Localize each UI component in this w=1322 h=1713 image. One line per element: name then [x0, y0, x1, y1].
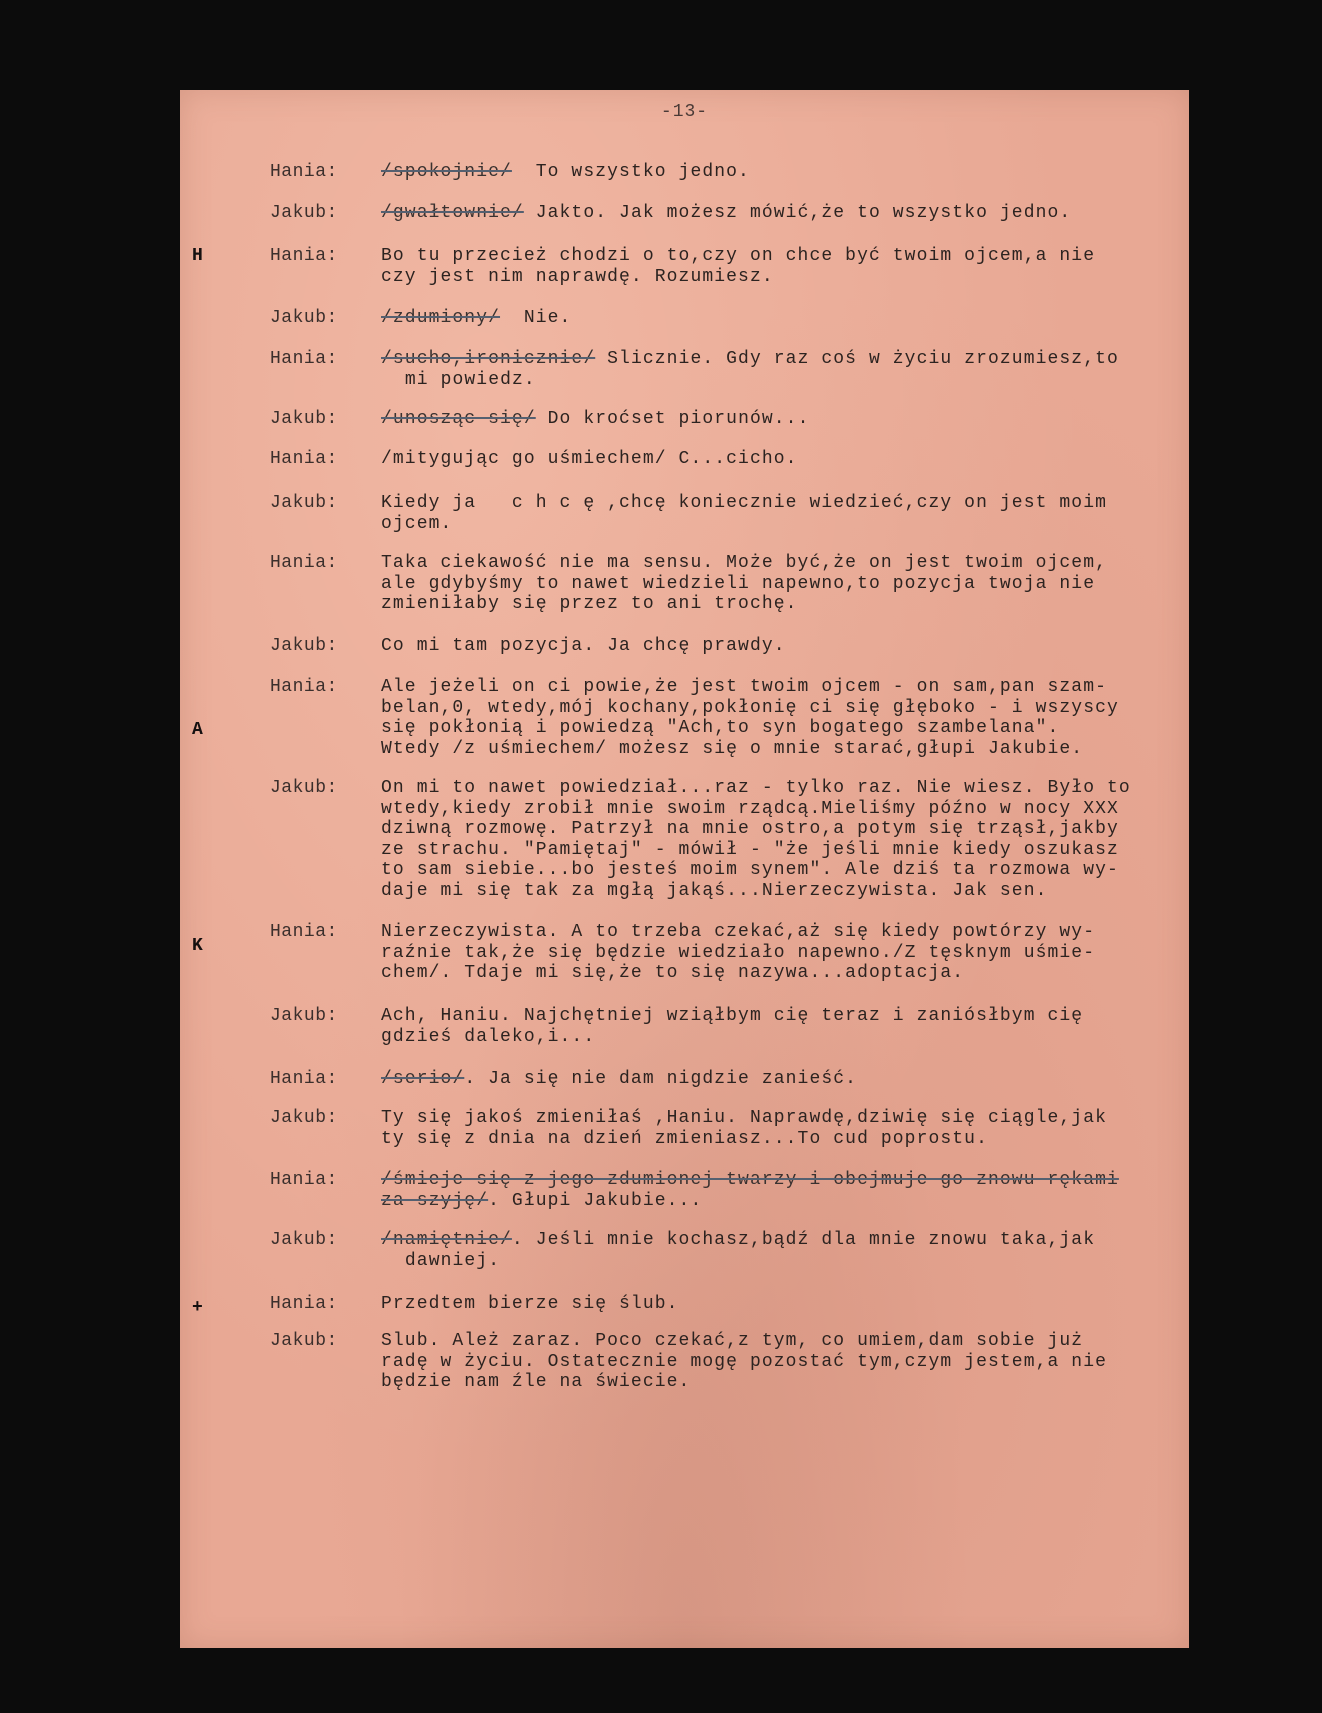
- margin-mark: K: [192, 936, 203, 956]
- dialogue-text: chem/. Tdaje mi się,że to się nazywa...a…: [381, 963, 964, 983]
- speaker-label: Jakub:: [270, 493, 338, 513]
- dialogue-line: za szyję/. Głupi Jakubie...: [381, 1191, 702, 1211]
- speaker-label: Jakub:: [270, 1331, 338, 1351]
- dialogue-text: Nierzeczywista. A to trzeba czekać,aż si…: [381, 922, 1095, 942]
- dialogue-line: /zdumiony/ Nie.: [381, 308, 571, 328]
- dialogue-text: będzie nam źle na świecie.: [381, 1372, 690, 1392]
- dialogue-text: To wszystko jedno.: [512, 162, 750, 182]
- margin-mark: H: [192, 246, 203, 266]
- speaker-label: Hania:: [270, 1170, 338, 1190]
- dialogue-line: raźnie tak,że się będzie wiedziało napew…: [381, 943, 1095, 963]
- speaker-label: Jakub:: [270, 1230, 338, 1250]
- speaker-label: Hania:: [270, 349, 338, 369]
- dialogue-line: zmieniłaby się przez to ani trochę.: [381, 594, 798, 614]
- dialogue-text: Ale jeżeli on ci powie,że jest twoim ojc…: [381, 677, 1107, 697]
- speaker-label: Hania:: [270, 1069, 338, 1089]
- dialogue-text: . Jeśli mnie kochasz,bądź dla mnie znowu…: [512, 1230, 1095, 1250]
- speaker-label: Hania:: [270, 677, 338, 697]
- dialogue-line: /gwałtownie/ Jakto. Jak możesz mówić,że …: [381, 203, 1071, 223]
- dialogue-line: dziwną rozmowę. Patrzył na mnie ostro,a …: [381, 819, 1119, 839]
- stage-direction: /namiętnie/: [381, 1230, 512, 1250]
- speaker-label: Jakub:: [270, 203, 338, 223]
- dialogue-line: Kiedy ja c h c ę ,chcę koniecznie wiedzi…: [381, 493, 1107, 513]
- stage-direction: /zdumiony/: [381, 308, 500, 328]
- dialogue-text: Jakto. Jak możesz mówić,że to wszystko j…: [524, 203, 1071, 223]
- dialogue-line: /unosząc się/ Do kroćset piorunów...: [381, 409, 809, 429]
- dialogue-text: Wtedy /z uśmiechem/ możesz się o mnie st…: [381, 739, 1083, 759]
- stage-direction: /sucho,ironicznie/: [381, 349, 595, 369]
- dialogue-line: /namiętnie/. Jeśli mnie kochasz,bądź dla…: [381, 1230, 1095, 1250]
- dialogue-line: /sucho,ironicznie/ Slicznie. Gdy raz coś…: [381, 349, 1119, 369]
- dialogue-line: wtedy,kiedy zrobił mnie swoim rządcą.Mie…: [381, 799, 1119, 819]
- dialogue-line: /mitygując go uśmiechem/ C...cicho.: [381, 449, 798, 469]
- dialogue-text: gdzieś daleko,i...: [381, 1027, 595, 1047]
- speaker-label: Hania:: [270, 922, 338, 942]
- dialogue-line: mi powiedz.: [393, 370, 536, 390]
- dialogue-line: chem/. Tdaje mi się,że to się nazywa...a…: [381, 963, 964, 983]
- dialogue-text: Slicznie. Gdy raz coś w życiu zrozumiesz…: [595, 349, 1119, 369]
- dialogue-text: Ach, Haniu. Najchętniej wziąłbym cię ter…: [381, 1006, 1083, 1026]
- dialogue-text: Nie.: [500, 308, 571, 328]
- speaker-label: Hania:: [270, 1294, 338, 1314]
- dialogue-text: Ty się jakoś zmieniłaś ,Haniu. Naprawdę,…: [381, 1108, 1107, 1128]
- dialogue-text: to sam siebie...bo jesteś moim synem". A…: [381, 860, 1119, 880]
- dialogue-text: Taka ciekawość nie ma sensu. Może być,że…: [381, 553, 1107, 573]
- dialogue-line: Bo tu przecież chodzi o to,czy on chce b…: [381, 246, 1095, 266]
- dialogue-text: czy jest nim naprawdę. Rozumiesz.: [381, 267, 774, 287]
- dialogue-line: daje mi się tak za mgłą jakąś...Nierzecz…: [381, 881, 1048, 901]
- dialogue-line: On mi to nawet powiedział...raz - tylko …: [381, 778, 1131, 798]
- dialogue-text: On mi to nawet powiedział...raz - tylko …: [381, 778, 1131, 798]
- dialogue-text: raźnie tak,że się będzie wiedziało napew…: [381, 943, 1095, 963]
- stage-direction: /gwałtownie/: [381, 203, 524, 223]
- dialogue-text: Co mi tam pozycja. Ja chcę prawdy.: [381, 636, 786, 656]
- stage-direction: /spokojnie/: [381, 162, 512, 182]
- dialogue-text: Slub. Ależ zaraz. Poco czekać,z tym, co …: [381, 1331, 1083, 1351]
- dialogue-line: /spokojnie/ To wszystko jedno.: [381, 162, 750, 182]
- dialogue-line: Przedtem bierze się ślub.: [381, 1294, 679, 1314]
- stage-direction: /unosząc się/: [381, 409, 536, 429]
- stage-direction: /śmieje się z jego zdumionej twarzy i ob…: [381, 1170, 1119, 1190]
- dialogue-text: zmieniłaby się przez to ani trochę.: [381, 594, 798, 614]
- dialogue-text: Kiedy ja c h c ę ,chcę koniecznie wiedzi…: [381, 493, 1107, 513]
- dialogue-text: . Głupi Jakubie...: [488, 1191, 702, 1211]
- speaker-label: Jakub:: [270, 778, 338, 798]
- dialogue-text: radę w życiu. Ostatecznie mogę pozostać …: [381, 1352, 1107, 1372]
- dialogue-text: /mitygując go uśmiechem/ C...cicho.: [381, 449, 798, 469]
- dialogue-line: Wtedy /z uśmiechem/ możesz się o mnie st…: [381, 739, 1083, 759]
- dialogue-line: Co mi tam pozycja. Ja chcę prawdy.: [381, 636, 786, 656]
- dialogue-line: Ty się jakoś zmieniłaś ,Haniu. Naprawdę,…: [381, 1108, 1107, 1128]
- dialogue-text: Bo tu przecież chodzi o to,czy on chce b…: [381, 246, 1095, 266]
- dialogue-line: belan,0, wtedy,mój kochany,pokłonię ci s…: [381, 698, 1119, 718]
- dialogue-line: to sam siebie...bo jesteś moim synem". A…: [381, 860, 1119, 880]
- dialogue-line: Taka ciekawość nie ma sensu. Może być,że…: [381, 553, 1107, 573]
- stage-direction: /serio/: [381, 1069, 464, 1089]
- dialogue-line: gdzieś daleko,i...: [381, 1027, 595, 1047]
- dialogue-text: belan,0, wtedy,mój kochany,pokłonię ci s…: [381, 698, 1119, 718]
- dialogue-text: ojcem.: [381, 514, 452, 534]
- speaker-label: Hania:: [270, 449, 338, 469]
- stage-direction: za szyję/: [381, 1191, 488, 1211]
- speaker-label: Hania:: [270, 246, 338, 266]
- page-number: -13-: [180, 102, 1189, 122]
- dialogue-line: Ale jeżeli on ci powie,że jest twoim ojc…: [381, 677, 1107, 697]
- dialogue-line: Nierzeczywista. A to trzeba czekać,aż si…: [381, 922, 1095, 942]
- dialogue-line: będzie nam źle na świecie.: [381, 1372, 690, 1392]
- dialogue-text: ze strachu. "Pamiętaj" - mówił - "że jeś…: [381, 840, 1119, 860]
- speaker-label: Jakub:: [270, 308, 338, 328]
- typed-script-page: -13- Hania:/spokojnie/ To wszystko jedno…: [180, 90, 1189, 1648]
- dialogue-text: się pokłonią i powiedzą "Ach,to syn boga…: [381, 718, 1059, 738]
- dialogue-text: wtedy,kiedy zrobił mnie swoim rządcą.Mie…: [381, 799, 1119, 819]
- dialogue-line: /serio/. Ja się nie dam nigdzie zanieść.: [381, 1069, 857, 1089]
- dialogue-line: ale gdybyśmy to nawet wiedzieli napewno,…: [381, 574, 1095, 594]
- dialogue-text: dawniej.: [393, 1251, 500, 1271]
- dialogue-line: dawniej.: [393, 1251, 500, 1271]
- dialogue-line: ze strachu. "Pamiętaj" - mówił - "że jeś…: [381, 840, 1119, 860]
- speaker-label: Hania:: [270, 553, 338, 573]
- dialogue-text: Do kroćset piorunów...: [536, 409, 810, 429]
- dialogue-line: czy jest nim naprawdę. Rozumiesz.: [381, 267, 774, 287]
- dialogue-text: ale gdybyśmy to nawet wiedzieli napewno,…: [381, 574, 1095, 594]
- dialogue-line: Slub. Ależ zaraz. Poco czekać,z tym, co …: [381, 1331, 1083, 1351]
- speaker-label: Jakub:: [270, 409, 338, 429]
- dialogue-text: ty się z dnia na dzień zmieniasz...To cu…: [381, 1129, 988, 1149]
- speaker-label: Jakub:: [270, 1108, 338, 1128]
- dialogue-line: /śmieje się z jego zdumionej twarzy i ob…: [381, 1170, 1119, 1190]
- dialogue-line: się pokłonią i powiedzą "Ach,to syn boga…: [381, 718, 1059, 738]
- dialogue-text: Przedtem bierze się ślub.: [381, 1294, 679, 1314]
- margin-mark: +: [192, 1298, 203, 1318]
- margin-mark: A: [192, 720, 203, 740]
- speaker-label: Jakub:: [270, 636, 338, 656]
- dialogue-text: dziwną rozmowę. Patrzył na mnie ostro,a …: [381, 819, 1119, 839]
- dialogue-line: ojcem.: [381, 514, 452, 534]
- speaker-label: Jakub:: [270, 1006, 338, 1026]
- dialogue-line: Ach, Haniu. Najchętniej wziąłbym cię ter…: [381, 1006, 1083, 1026]
- dialogue-line: ty się z dnia na dzień zmieniasz...To cu…: [381, 1129, 988, 1149]
- dialogue-line: radę w życiu. Ostatecznie mogę pozostać …: [381, 1352, 1107, 1372]
- speaker-label: Hania:: [270, 162, 338, 182]
- dialogue-text: daje mi się tak za mgłą jakąś...Nierzecz…: [381, 881, 1048, 901]
- dialogue-text: . Ja się nie dam nigdzie zanieść.: [464, 1069, 857, 1089]
- dialogue-text: mi powiedz.: [393, 370, 536, 390]
